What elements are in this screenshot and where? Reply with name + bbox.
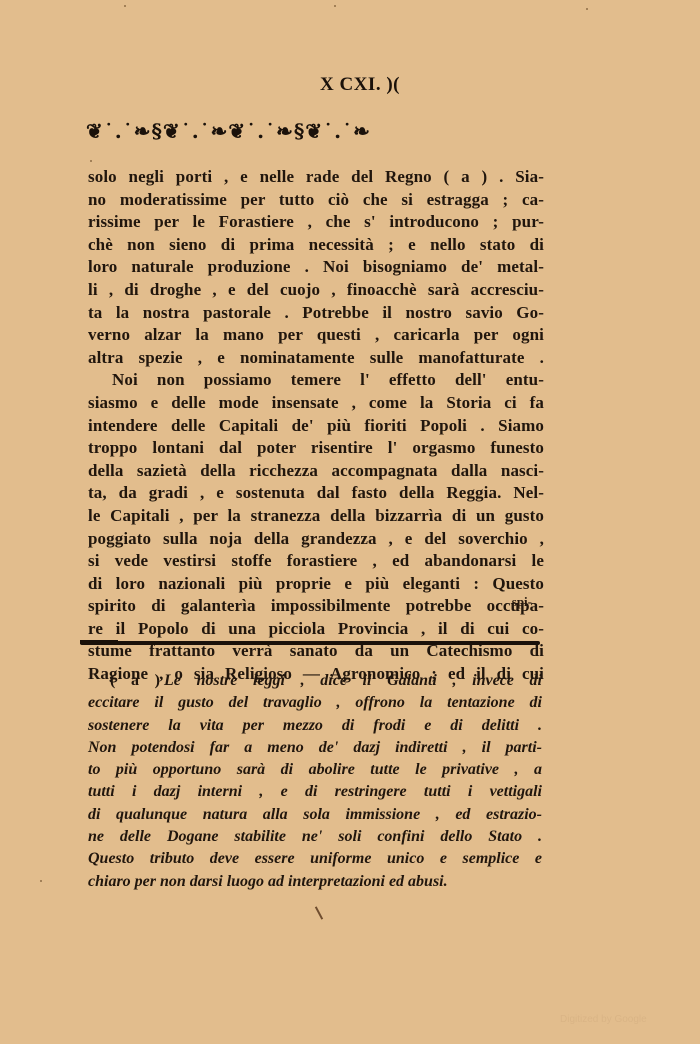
text-line: ta la nostra pastorale . Potrebbe il nos… <box>88 302 544 325</box>
text-line: li , di droghe , e del cuojo , finoacchè… <box>88 279 544 302</box>
paper-speck <box>124 5 126 7</box>
text-line: le Capitali , per la stranezza della biz… <box>88 505 544 528</box>
text-line: loro naturale produzione . Noi bisogniam… <box>88 256 544 279</box>
footnote-line: di qualunque natura alla sola immissione… <box>88 804 542 826</box>
text-line: altra spezie , e nominatamente sulle man… <box>88 347 544 370</box>
text-line: re il Popolo di una picciola Provincia ,… <box>88 618 544 641</box>
footnote-line: tutti i dazj interni , e di restringere … <box>88 781 542 803</box>
text-line: ta, da gradi , e sostenuta dal fasto del… <box>88 482 544 505</box>
text-line: della sazietà della ricchezza accompagna… <box>88 460 544 483</box>
footnote-line-text: Le nostre leggi , dice il Galanti , inve… <box>164 672 542 689</box>
catchword: spi- <box>512 594 532 609</box>
footnote-block: ( a )Le nostre leggi , dice il Galanti ,… <box>88 670 542 893</box>
footnote-line: chiaro per non darsi luogo ad interpreta… <box>88 871 542 893</box>
decorative-ornament-band: ❦˙.˙❧§❦˙.˙❧❦˙.˙❧§❦˙.˙❧ <box>86 118 548 144</box>
text-line: intendere delle Capitali de' più fioriti… <box>88 415 544 438</box>
footnote-line: Non potendosi far a meno de' dazj indire… <box>88 737 542 759</box>
catchword-line: spi- <box>88 594 544 614</box>
text-line: rissime per le Forastiere , che s' intro… <box>88 211 544 234</box>
text-line: di loro nazionali più proprie e più eleg… <box>88 573 544 596</box>
digitization-watermark: Digitized by Google <box>560 1014 647 1025</box>
paragraph-start-line: Noi non possiamo temere l' effetto dell'… <box>88 369 544 392</box>
paper-speck <box>40 880 42 882</box>
paper-speck <box>334 5 336 7</box>
text-line: poggiato sulla noja della grandezza , e … <box>88 528 544 551</box>
paper-speck <box>586 8 588 10</box>
text-line: no moderatissime per tutto ciò che si es… <box>88 189 544 212</box>
text-line: si vede vestirsi stoffe forastiere , ed … <box>88 550 544 573</box>
text-line: chè non sieno di prima necessità ; e nel… <box>88 234 544 257</box>
footnote-marker: ( a ) <box>110 672 160 689</box>
text-line: verno alzar la mano per questi , caricar… <box>88 324 544 347</box>
ink-stroke-mark <box>315 906 323 919</box>
page-header: X CXI. )( <box>0 74 700 96</box>
footnote-line: ne delle Dogane stabilite ne' soli confi… <box>88 826 542 848</box>
paper-speck <box>90 160 92 162</box>
footnote-line: sostenere la vita per mezzo di frodi e d… <box>88 715 542 737</box>
footnote-line: Questo tributo deve essere uniforme unic… <box>88 848 542 870</box>
footnote-line: to più opportuno sarà di abolire tutte l… <box>88 759 542 781</box>
text-line: siasmo e delle mode insensate , come la … <box>88 392 544 415</box>
text-line: solo negli porti , e nelle rade del Regn… <box>88 166 544 189</box>
footnote-separator-rule <box>80 641 540 645</box>
book-page: X CXI. )( ❦˙.˙❧§❦˙.˙❧❦˙.˙❧§❦˙.˙❧ solo ne… <box>0 0 700 1044</box>
page-number: X CXI. )( <box>320 74 400 96</box>
text-line: troppo lontani dal poter risentire l' or… <box>88 437 544 460</box>
footnote-line: eccitare il gusto del travaglio , offron… <box>88 692 542 714</box>
footnote-first-line: ( a )Le nostre leggi , dice il Galanti ,… <box>88 670 542 692</box>
